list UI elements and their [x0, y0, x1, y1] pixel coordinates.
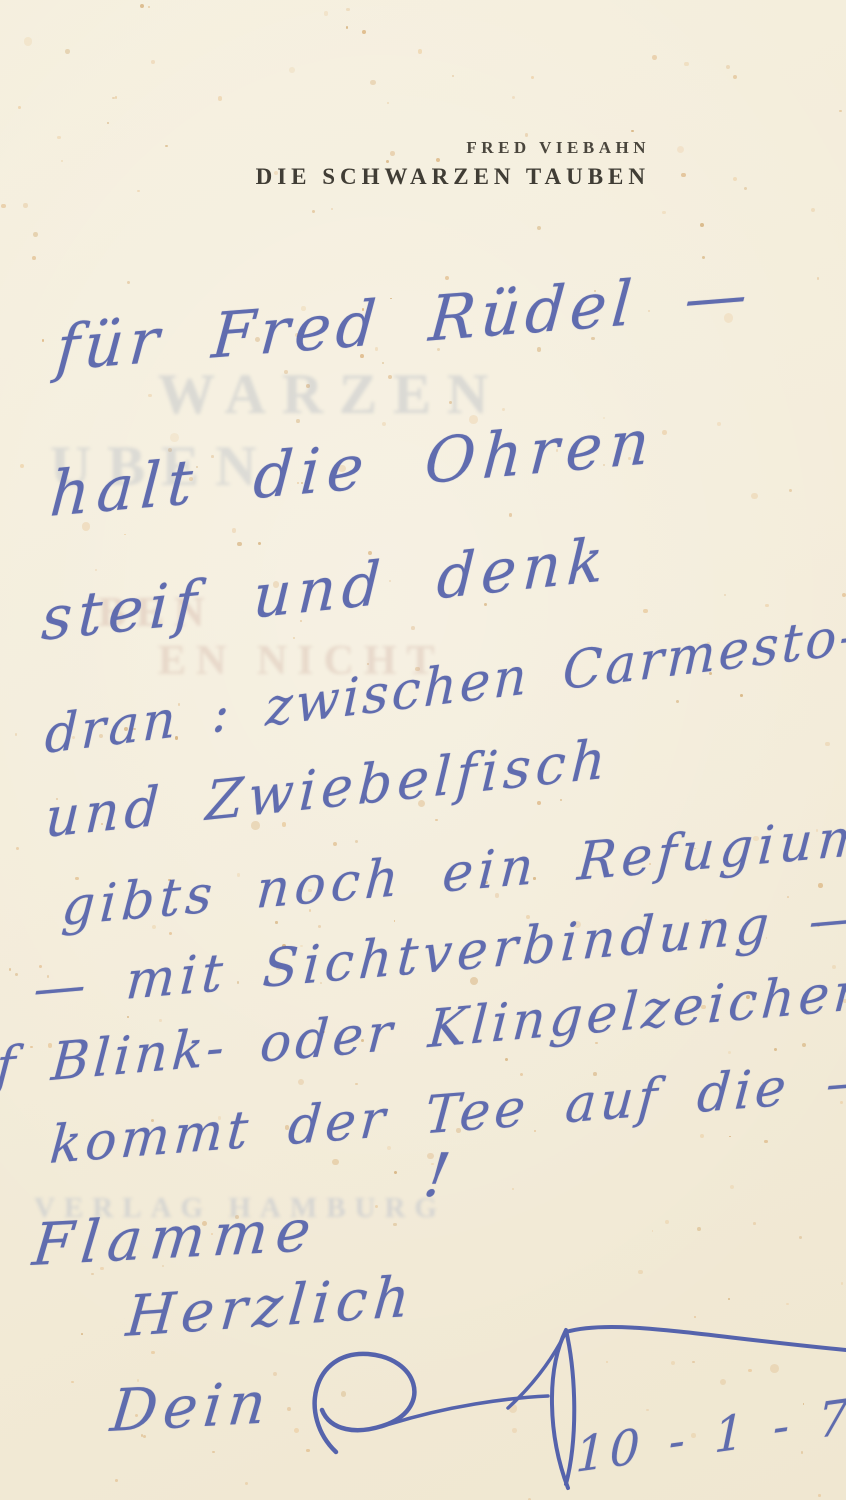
- handwritten-line-10: !: [420, 1146, 454, 1206]
- inscription-layer: für Fred Rüdel —halt die Ohrensteif und …: [0, 0, 846, 1500]
- handwritten-line-3: steif und denk: [40, 530, 611, 650]
- handwritten-line-14: 10 - 1 - 75: [575, 1388, 846, 1480]
- book-page: WARZENUBENBENEN NICHTVERLAG HAMBURG FRED…: [0, 0, 846, 1500]
- handwritten-line-2: halt die Ohren: [48, 410, 658, 526]
- handwritten-line-13: Dein: [108, 1373, 275, 1440]
- handwritten-line-11: Flamme: [30, 1201, 321, 1274]
- handwritten-line-1: für Fred Rüdel —: [54, 263, 754, 380]
- handwritten-line-12: Herzlich: [124, 1269, 418, 1346]
